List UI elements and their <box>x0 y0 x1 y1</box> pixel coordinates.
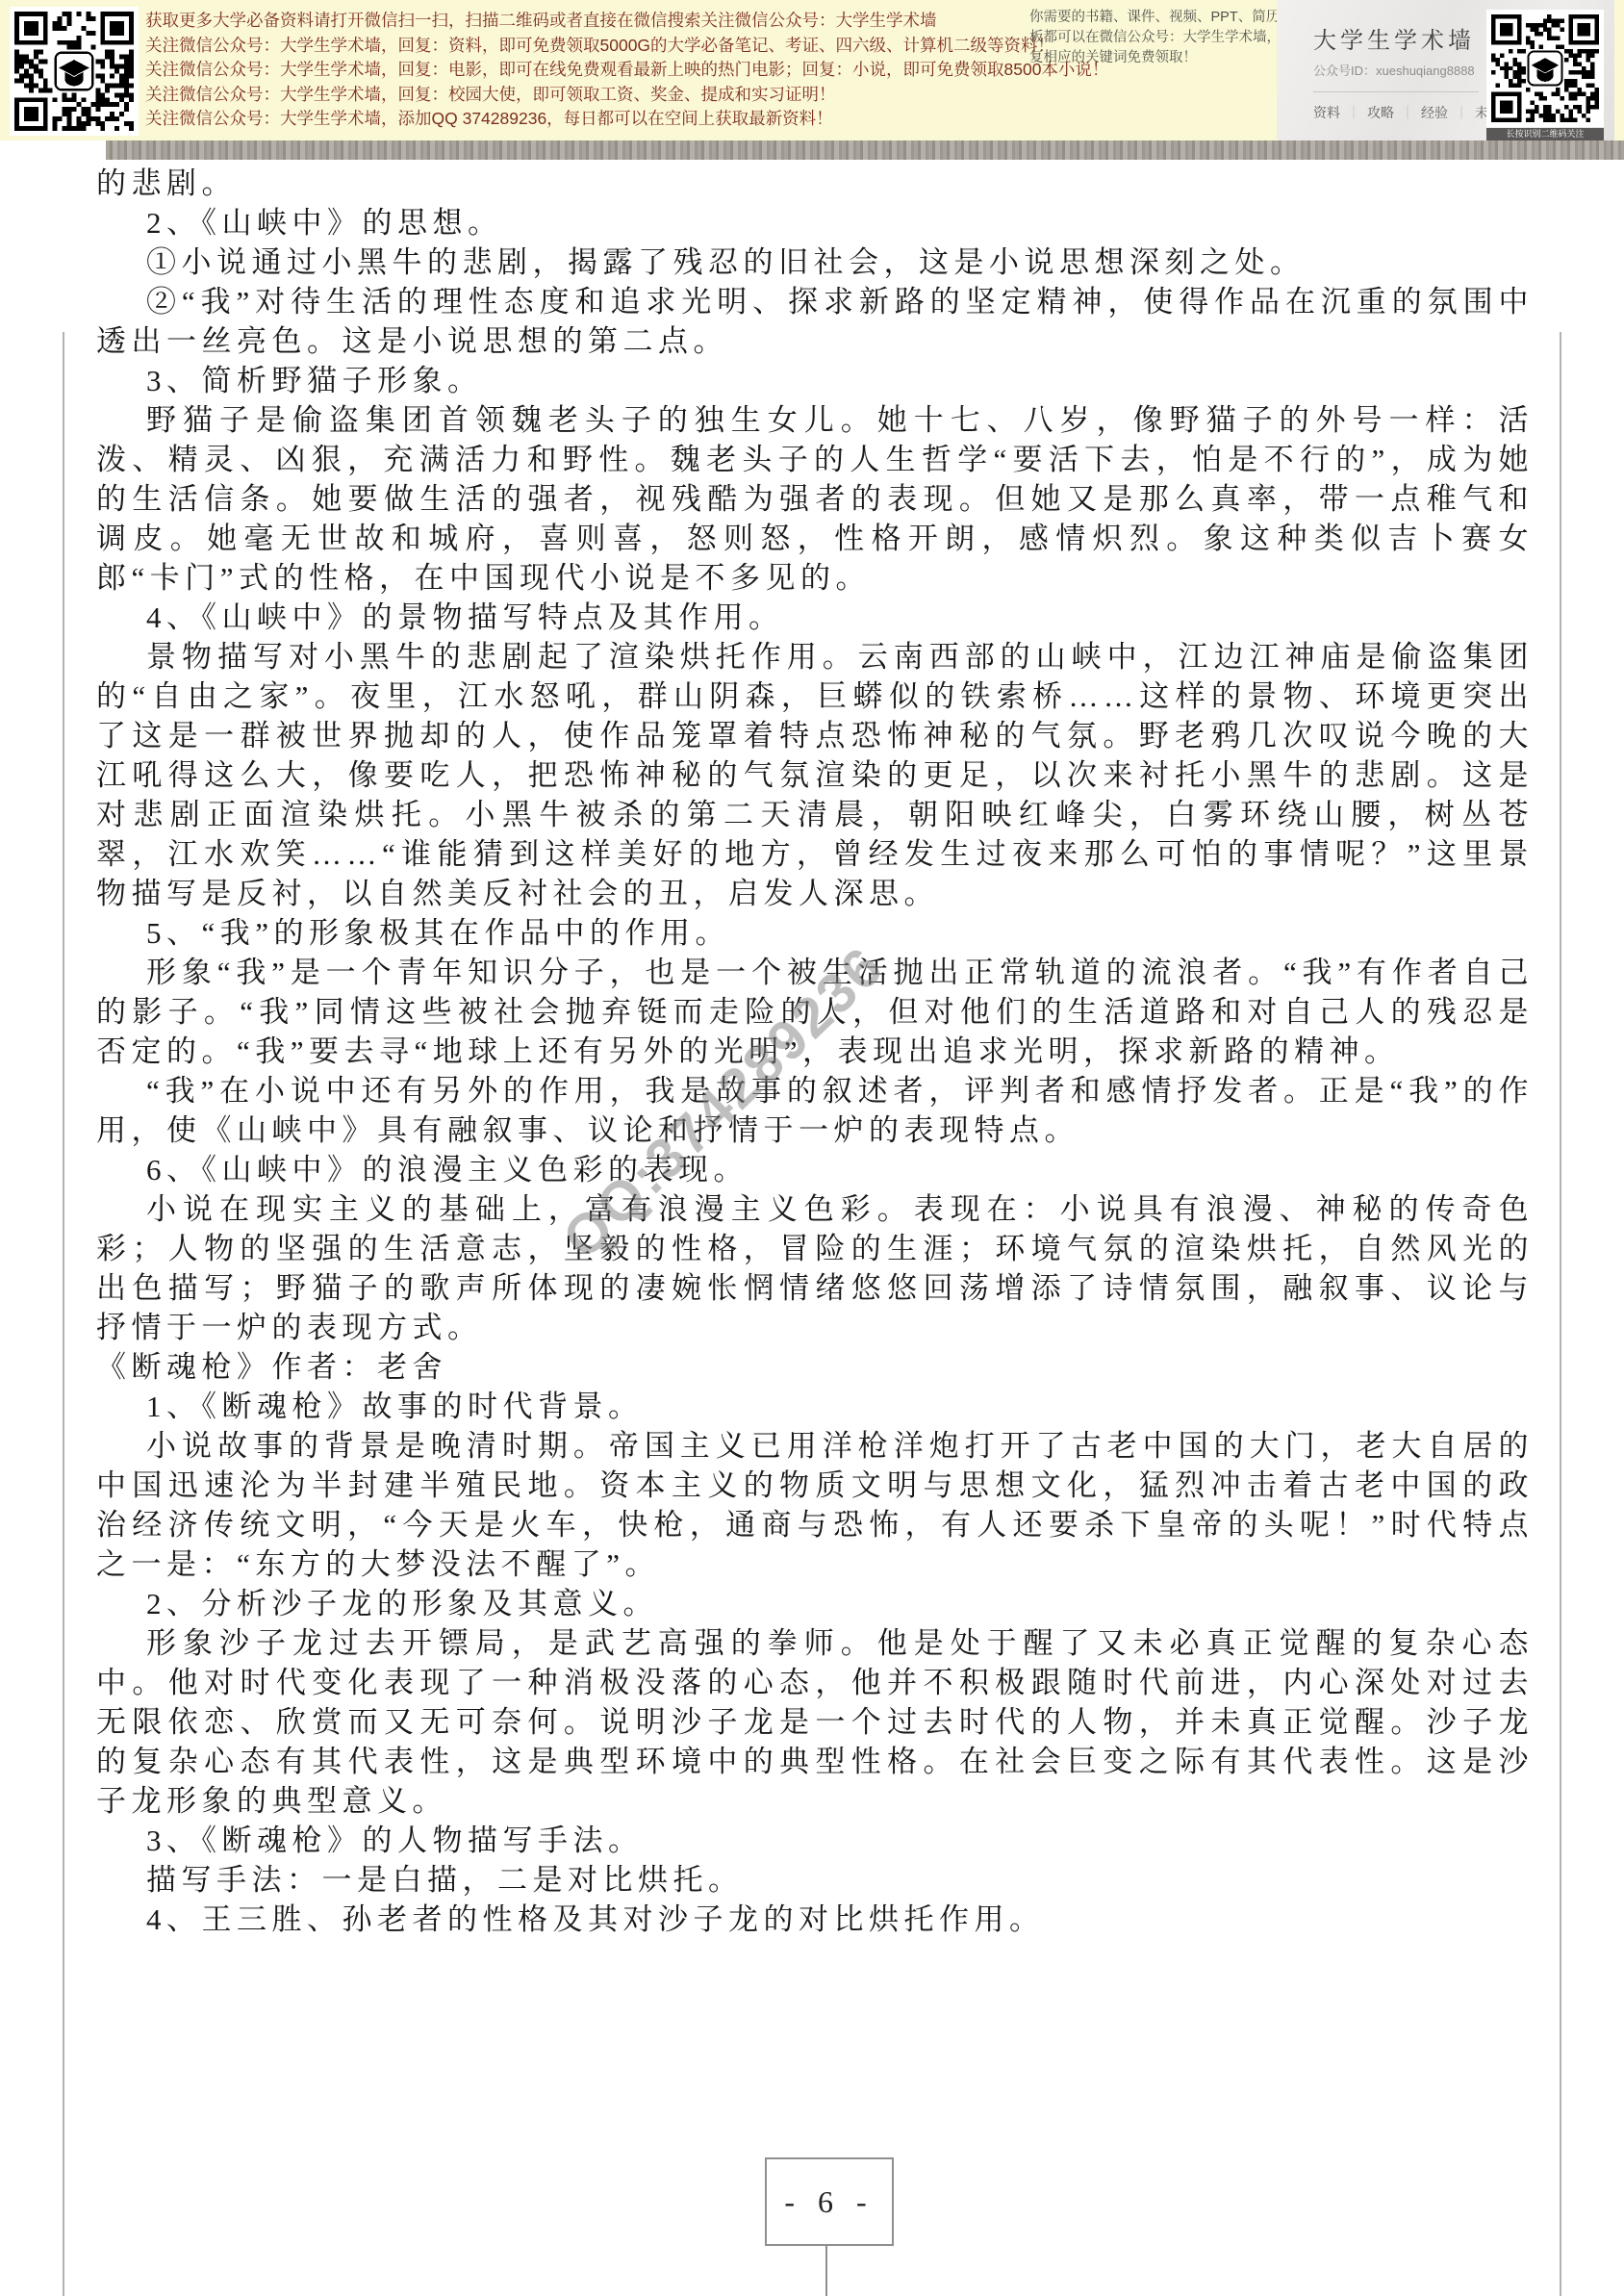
document-paragraph: 2、分析沙子龙的形象及其意义。 <box>96 1584 1534 1623</box>
document-paragraph: 4、王三胜、孙老者的性格及其对沙子龙的对比烘托作用。 <box>96 1900 1534 1939</box>
side-note-text: 你需要的书籍、课件、视频、PPT、简历模板都可以在微信公众号：大学生学术墙，回复… <box>1029 8 1301 68</box>
document-paragraph: ②“我”对待生活的理性态度和追求光明、探求新路的坚定精神，使得作品在沉重的氛围中… <box>96 282 1534 361</box>
promo-line: 关注微信公众号：大学生学术墙，添加QQ 374289236，每日都可以在空间上获… <box>145 107 1108 132</box>
account-tab: 经验 <box>1421 105 1448 120</box>
document-paragraph: 5、“我”的形象极其在作品中的作用。 <box>96 913 1534 953</box>
document-paragraph: 小说在现实主义的基础上，富有浪漫主义色彩。表现在：小说具有浪漫、神秘的传奇色彩；… <box>96 1189 1534 1347</box>
page-number-stem <box>825 2244 827 2296</box>
divider <box>1313 91 1479 92</box>
document-paragraph: ①小说通过小黑牛的悲剧，揭露了残忍的旧社会，这是小说思想深刻之处。 <box>96 242 1534 282</box>
promo-banner: 获取更多大学必备资料请打开微信扫一扫，扫描二维码或者直接在微信搜索关注微信公众号… <box>0 0 1624 140</box>
document-paragraph: 2、《山峡中》的思想。 <box>96 203 1534 242</box>
document-paragraph: 小说故事的背景是晚清时期。帝国主义已用洋枪洋炮打开了古老中国的大门，老大自居的中… <box>96 1426 1534 1584</box>
page-border-left <box>63 332 64 2296</box>
document-paragraph: 的悲剧。 <box>96 164 1534 203</box>
document-paragraph: 6、《山峡中》的浪漫主义色彩的表现。 <box>96 1150 1534 1189</box>
tab-separator: ｜ <box>1347 105 1360 120</box>
promo-line: 关注微信公众号：大学生学术墙，回复：校园大使，即可领取工资、奖金、提成和实习证明… <box>145 83 1108 108</box>
tab-separator: ｜ <box>1401 105 1414 120</box>
document-paragraph: 描写手法：一是白描，二是对比烘托。 <box>96 1860 1534 1900</box>
account-tab: 攻略 <box>1367 105 1394 120</box>
account-tabs: 资料｜攻略｜经验｜未来 <box>1313 103 1502 122</box>
account-id: 公众号ID：xueshuqiang8888 <box>1313 61 1475 79</box>
wechat-qr-code-icon[interactable] <box>1486 10 1604 127</box>
document-paragraph: 景物描写对小黑牛的悲剧起了渲染烘托作用。云南西部的山峡中，江边江神庙是偷盗集团的… <box>96 637 1534 913</box>
document-body: 的悲剧。2、《山峡中》的思想。①小说通过小黑牛的悲剧，揭露了残忍的旧社会，这是小… <box>96 164 1534 1939</box>
page-number-box: - 6 - <box>765 2157 894 2246</box>
wechat-qr-code-icon[interactable] <box>10 7 139 136</box>
qr-caption: 长按识别二维码关注 <box>1486 128 1604 140</box>
page-number: - 6 - <box>784 2184 874 2220</box>
document-paragraph: 形象沙子龙过去开镖局，是武艺高强的拳师。他是处于醒了又未必真正觉醒的复杂心态中。… <box>96 1623 1534 1821</box>
account-card: 大学生学术墙 公众号ID：xueshuqiang8888 资料｜攻略｜经验｜未来… <box>1277 0 1614 140</box>
scan-artifact-strip <box>106 140 1624 160</box>
document-paragraph: 4、《山峡中》的景物描写特点及其作用。 <box>96 598 1534 637</box>
document-paragraph: 3、简析野猫子形象。 <box>96 361 1534 400</box>
promo-text-lines: 获取更多大学必备资料请打开微信扫一扫，扫描二维码或者直接在微信搜索关注微信公众号… <box>145 9 1108 132</box>
promo-line: 获取更多大学必备资料请打开微信扫一扫，扫描二维码或者直接在微信搜索关注微信公众号… <box>145 9 1108 34</box>
promo-line: 关注微信公众号：大学生学术墙，回复：资料，即可免费领取5000G的大学必备笔记、… <box>145 34 1108 59</box>
account-tab: 资料 <box>1313 105 1340 120</box>
tab-separator: ｜ <box>1455 105 1468 120</box>
account-title: 大学生学术墙 <box>1313 21 1475 55</box>
document-paragraph: 1、《断魂枪》故事的时代背景。 <box>96 1387 1534 1426</box>
scanned-document-page: 获取更多大学必备资料请打开微信扫一扫，扫描二维码或者直接在微信搜索关注微信公众号… <box>0 0 1624 2296</box>
document-paragraph: 《断魂枪》作者：老舍 <box>96 1347 1534 1387</box>
document-paragraph: “我”在小说中还有另外的作用，我是故事的叙述者，评判者和感情抒发者。正是“我”的… <box>96 1071 1534 1150</box>
document-paragraph: 野猫子是偷盗集团首领魏老头子的独生女儿。她十七、八岁，像野猫子的外号一样：活泼、… <box>96 400 1534 598</box>
document-paragraph: 3、《断魂枪》的人物描写手法。 <box>96 1821 1534 1860</box>
page-border-right <box>1560 332 1561 2296</box>
promo-line: 关注微信公众号：大学生学术墙，回复：电影，即可在线免费观看最新上映的热门电影；回… <box>145 58 1108 83</box>
document-paragraph: 形象“我”是一个青年知识分子，也是一个被生活抛出正常轨道的流浪者。“我”有作者自… <box>96 953 1534 1071</box>
